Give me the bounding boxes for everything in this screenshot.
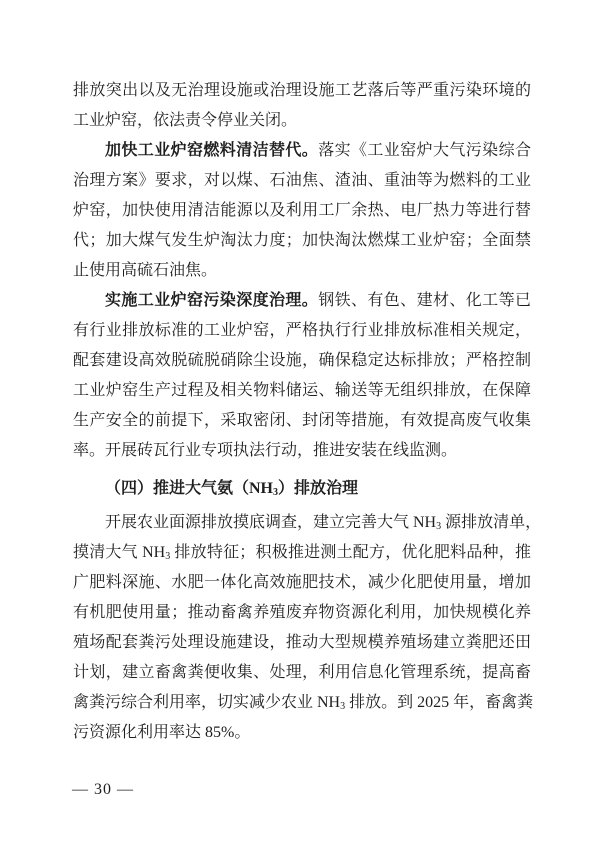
text-line: 代；加大煤气发生炉淘汰力度；加快淘汰燃煤工业炉窑；全面禁 [73, 226, 531, 256]
text-line: 广肥料深施、水肥一体化高效施肥技术，减少化肥使用量，增加 [73, 568, 531, 598]
text-line: 配套建设高效脱硫脱硝除尘设施，确保稳定达标排放；严格控制 [73, 346, 531, 376]
text-segment: 实施工业炉窑污染深度治理。 [105, 292, 318, 309]
text-line: 排放突出以及无治理设施或治理设施工艺落后等严重污染环境的 [73, 76, 531, 106]
text-segment: 污资源化利用率达 85%。 [73, 724, 250, 741]
text-segment: 代；加大煤气发生炉淘汰力度；加快淘汰燃煤工业炉窑；全面禁 [73, 232, 531, 249]
text-segment: 工业炉窑，依法责令停业关闭。 [73, 112, 297, 129]
text-segment: 配套建设高效脱硫脱硝除尘设施，确保稳定达标排放；严格控制 [73, 352, 531, 369]
text-segment: 排放。到 2025 年，畜禽粪 [345, 694, 533, 711]
text-segment: 摸清大气 NH [73, 544, 165, 561]
text-line: 生产安全的前提下，采取密闭、封闭等措施，有效提高废气收集 [73, 406, 531, 436]
text-line: 止使用高硫石油焦。 [73, 256, 531, 286]
text-line: 率。开展砖瓦行业专项执法行动，推进安装在线监测。 [73, 436, 531, 466]
text-line: 污资源化利用率达 85%。 [73, 718, 531, 748]
text-segment: 止使用高硫石油焦。 [73, 262, 217, 279]
text-line: 治理方案》要求，对以煤、石油焦、渣油、重油等为燃料的工业 [73, 166, 531, 196]
text-segment: 源排放清单， [441, 514, 541, 531]
text-line: 计划，建立畜禽粪便收集、处理，利用信息化管理系统，提高畜 [73, 658, 531, 688]
text-segment: 落实《工业窑炉大气污染综合 [318, 142, 531, 159]
section-heading: （四）推进大气氨（NH3）排放治理 [73, 474, 531, 504]
page-number: — 30 — [72, 781, 134, 798]
text-segment: 生产安全的前提下，采取密闭、封闭等措施，有效提高废气收集 [73, 412, 531, 429]
text-line: 工业炉窑，依法责令停业关闭。 [73, 106, 531, 136]
text-segment: ）排放治理 [278, 480, 358, 497]
text-segment: 计划，建立畜禽粪便收集、处理，利用信息化管理系统，提高畜 [73, 664, 531, 681]
text-line: 开展农业面源排放摸底调查，建立完善大气 NH3 源排放清单， [73, 508, 531, 538]
text-segment: 炉窑，加快使用清洁能源以及利用工厂余热、电厂热力等进行替 [73, 202, 531, 219]
text-line: 有机肥使用量；推动畜禽养殖废弃物资源化利用，加快规模化养 [73, 598, 531, 628]
text-segment: 排放特征；积极推进测土配方，优化肥料品种，推 [170, 544, 531, 561]
text-segment: 治理方案》要求，对以煤、石油焦、渣油、重油等为燃料的工业 [73, 172, 531, 189]
text-segment: 殖场配套粪污处理设施建设，推动大型规模养殖场建立粪肥还田 [73, 634, 531, 651]
text-segment: 有行业排放标准的工业炉窑，严格执行行业排放标准相关规定， [73, 322, 531, 339]
text-line: 实施工业炉窑污染深度治理。钢铁、有色、建材、化工等已 [73, 286, 531, 316]
text-line: 禽粪污综合利用率，切实减少农业 NH3 排放。到 2025 年，畜禽粪 [73, 688, 531, 718]
text-line: 殖场配套粪污处理设施建设，推动大型规模养殖场建立粪肥还田 [73, 628, 531, 658]
text-line: 加快工业炉窑燃料清洁替代。落实《工业窑炉大气污染综合 [73, 136, 531, 166]
text-segment: 加快工业炉窑燃料清洁替代。 [105, 142, 318, 159]
text-line: 摸清大气 NH3 排放特征；积极推进测土配方，优化肥料品种，推 [73, 538, 531, 568]
text-segment: （四）推进大气氨（NH [105, 480, 273, 497]
text-segment: 有机肥使用量；推动畜禽养殖废弃物资源化利用，加快规模化养 [73, 604, 531, 621]
document-page: 排放突出以及无治理设施或治理设施工艺落后等严重污染环境的工业炉窑，依法责令停业关… [0, 0, 600, 848]
text-segment: 排放突出以及无治理设施或治理设施工艺落后等严重污染环境的 [73, 82, 531, 99]
text-segment: 率。开展砖瓦行业专项执法行动，推进安装在线监测。 [73, 442, 457, 459]
document-body: 排放突出以及无治理设施或治理设施工艺落后等严重污染环境的工业炉窑，依法责令停业关… [73, 76, 531, 748]
page-footer: — 30 — [72, 780, 134, 800]
text-segment: 开展农业面源排放摸底调查，建立完善大气 NH [105, 514, 436, 531]
text-segment: 工业炉窑生产过程及相关物料储运、输送等无组织排放，在保障 [73, 382, 531, 399]
text-line: 炉窑，加快使用清洁能源以及利用工厂余热、电厂热力等进行替 [73, 196, 531, 226]
text-line: 工业炉窑生产过程及相关物料储运、输送等无组织排放，在保障 [73, 376, 531, 406]
text-segment: 禽粪污综合利用率，切实减少农业 NH [73, 694, 340, 711]
text-segment: 广肥料深施、水肥一体化高效施肥技术，减少化肥使用量，增加 [73, 574, 531, 591]
text-segment: 钢铁、有色、建材、化工等已 [318, 292, 531, 309]
text-line: 有行业排放标准的工业炉窑，严格执行行业排放标准相关规定， [73, 316, 531, 346]
